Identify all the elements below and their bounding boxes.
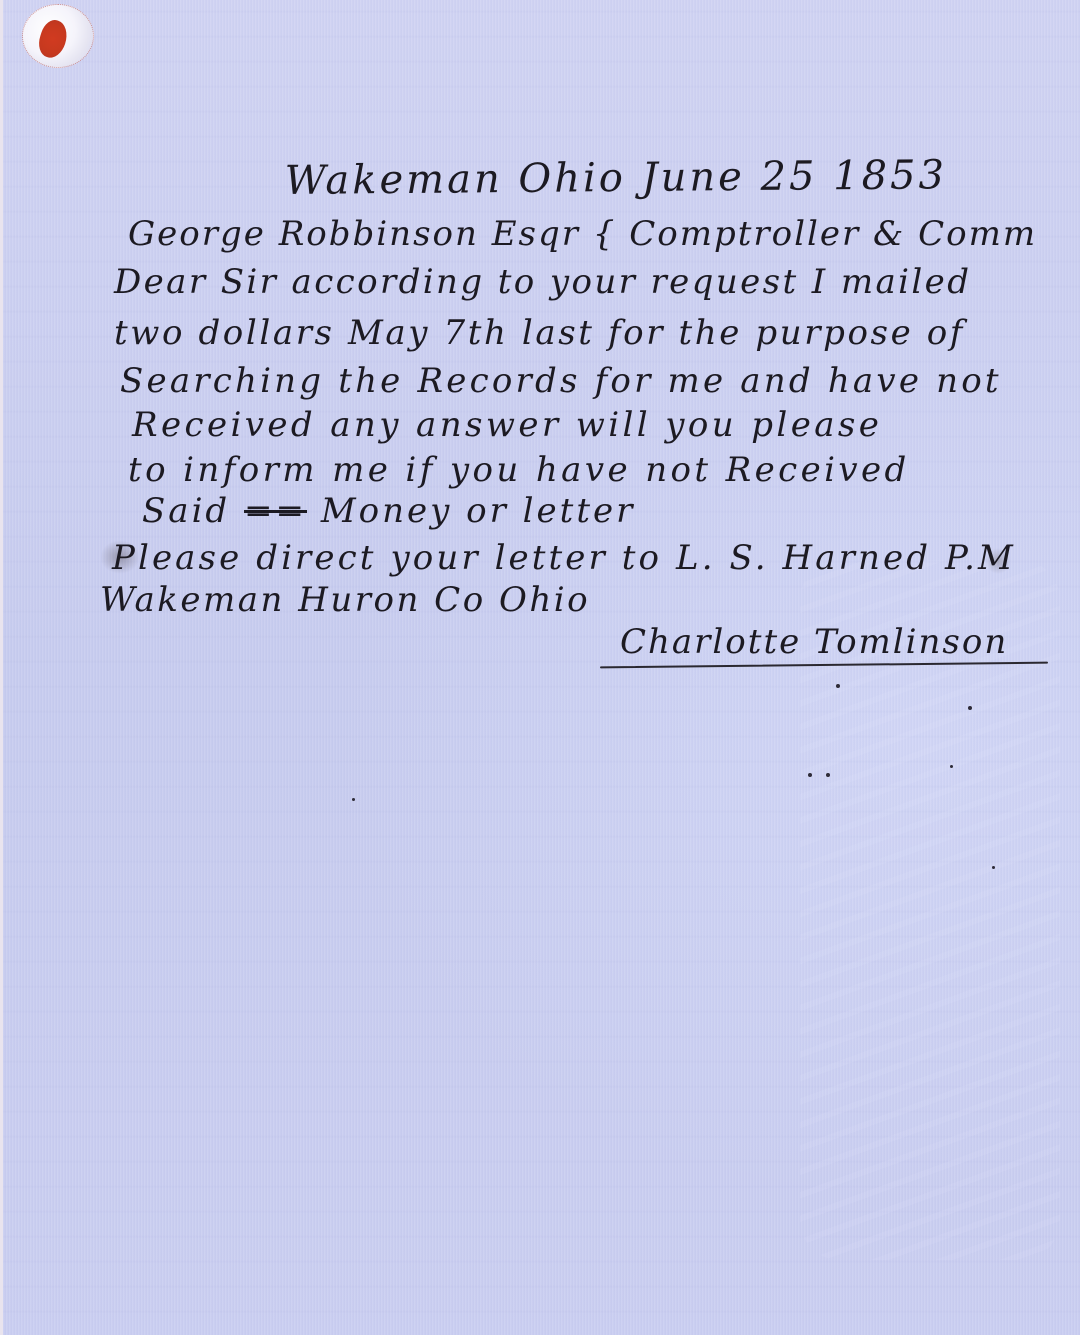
body-line-3: Searching the Records for me and have no… (120, 361, 1002, 401)
ink-speck (352, 798, 355, 801)
body-line-6-start: Said (142, 491, 244, 531)
paper-edge (0, 0, 3, 1335)
struck-out-word: == (244, 491, 307, 531)
body-line-6-end: Money or letter (321, 491, 636, 531)
ink-speck (836, 684, 840, 688)
postscript-line-2: Wakeman Huron Co Ohio (100, 580, 590, 620)
body-line-5: to inform me if you have not Received (128, 450, 910, 490)
ink-speck (826, 773, 830, 777)
ink-speck (968, 706, 972, 710)
ink-speck (992, 866, 995, 869)
body-line-1: Dear Sir according to your request I mai… (114, 262, 971, 302)
addressee-line: George Robbinson Esqr { Comptroller & Co… (128, 214, 1037, 254)
place-date-line: Wakeman Ohio June 25 1853 (285, 152, 948, 204)
body-line-4: Received any answer will you please (132, 405, 882, 445)
postscript-line-1: Please direct your letter to L. S. Harne… (112, 538, 1016, 578)
letter-page: Wakeman Ohio June 25 1853 George Robbins… (0, 0, 1080, 1335)
body-line-2: two dollars May 7th last for the purpose… (114, 313, 965, 353)
signature: Charlotte Tomlinson (620, 622, 1008, 662)
ink-speck (808, 773, 812, 777)
ink-speck (950, 765, 953, 768)
body-line-6: Said == Money or letter (142, 491, 635, 531)
